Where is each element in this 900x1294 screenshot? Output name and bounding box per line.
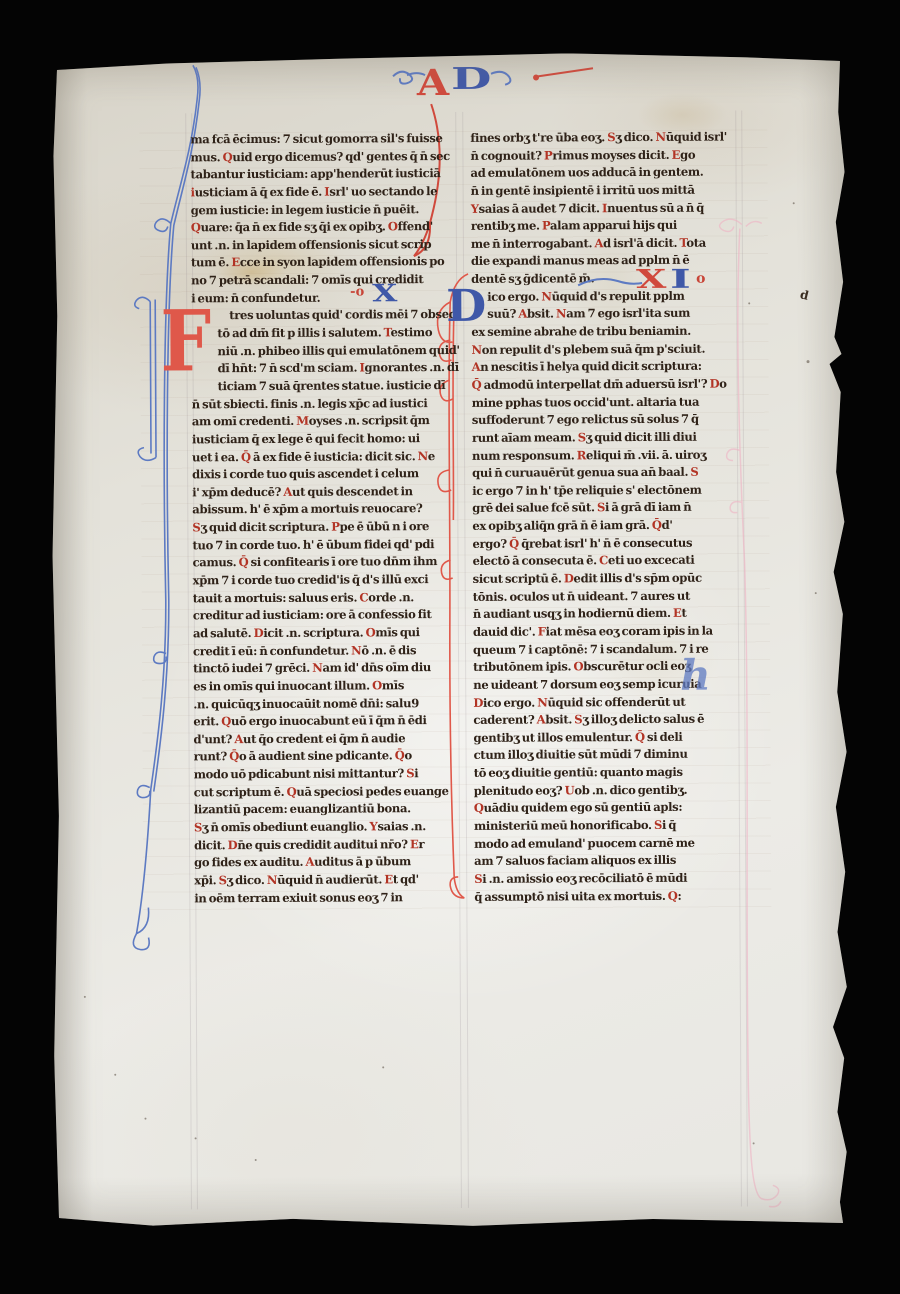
text-line: ctum illoʒ diuitie sūt mūdi 7 diminu	[474, 747, 742, 766]
chapter-x-prefix-mark: -o	[350, 284, 364, 299]
manuscript-leaf: A D	[47, 52, 853, 1236]
text-line: i eum: n̄ confundetur.	[191, 290, 459, 309]
text-line: suū? Absit. Nam 7 ego isrl'ita sum	[471, 306, 739, 325]
text-line: grē dei salue fcē sūt. Si ā grā dī iam n…	[472, 500, 740, 519]
text-line: i' xp̄m deducē? Aut quis descendet in	[192, 484, 460, 503]
initial-f: F	[160, 303, 211, 379]
running-header-letter-a: A	[417, 62, 449, 104]
text-line: n̄ cognouit? Primus moyses dicit. Ego	[470, 147, 738, 166]
text-line: runt? Q̄o ā audient sine pdicante. Q̄o	[194, 748, 462, 767]
text-line: cut scriptum ē. Quā speciosi pedes euang…	[194, 784, 462, 803]
text-line: camus. Q̄ si confitearis ī ore tuo dn̄m …	[193, 554, 461, 573]
text-line: Sʒ quid dicit scriptura. Ppe ē ūbū n i o…	[192, 519, 460, 538]
text-line: gem iusticie: in legem iusticie n̄ puēit…	[191, 202, 459, 221]
chapter-x-numeral: X	[372, 278, 397, 307]
text-line: in oēm terram exiuit sonus eoʒ 7 in	[194, 889, 462, 908]
text-line: dixis i corde tuo quis ascendet i celum	[192, 466, 460, 485]
text-line: ic ergo 7 in h' tp̄e reliquie s' electōn…	[472, 482, 740, 501]
text-line: sicut scriptū ē. Dedit illis d's sp̄m op…	[473, 570, 741, 589]
text-line: An nescitis ī helya quid dicit scriptura…	[472, 359, 740, 378]
text-line: xp̄m 7 i corde tuo credid'is q̄ d's illū…	[193, 572, 461, 591]
text-line: xp̄i. Sʒ dico. Nūquid n̄ audierūt. Et qd…	[194, 872, 462, 891]
initial-d: D	[446, 286, 486, 328]
text-line: die expandi manus meas ad pplm n̄ ē	[471, 253, 739, 272]
text-line: plenitudo eoʒ? Uob .n. dico gentibʒ.	[474, 782, 742, 801]
text-line: rentibʒ me. Palam apparui hijs qui	[471, 218, 739, 237]
text-line: qui n̄ curuauērūt genua sua an̄ baal. S	[472, 465, 740, 484]
text-line: ad salutē. Dicit .n. scriptura. Omīs qui	[193, 625, 461, 644]
text-line: caderent? Absit. Sʒ illoʒ delicto salus …	[473, 712, 741, 731]
text-line: am 7 saluos faciam aliquos ex illis	[474, 853, 742, 872]
text-line: am omī credenti. Moyses .n. scripsit q̄m	[192, 413, 460, 432]
text-line: n̄ in gentē insipientē i irritū uos mitt…	[471, 182, 739, 201]
running-header-letter-d: D	[451, 62, 492, 97]
text-line: tauit a mortuis: saluus eris. Corde .n.	[193, 590, 461, 609]
text-line: no 7 petrā scandali: 7 omīs qui credidit	[191, 272, 459, 291]
text-line: Non repulit d's plebem suā q̄m p'sciuit.	[471, 341, 739, 360]
text-line: Sʒ n̄ omīs obediunt euanglio. Ysaias .n.	[194, 819, 462, 838]
text-line: .n. quicūqʒ inuocaūit nomē dn̄i: salu9	[193, 695, 461, 714]
text-line: mine pphas tuos occid'unt. altaria tua	[472, 394, 740, 413]
text-line: tō ad dm̄ fit p illis i salutem. Testimo	[191, 325, 459, 344]
text-line: erit. Quō ergo inuocabunt eū ī q̄m n̄ ēd…	[193, 713, 461, 732]
text-line: ma fcā ēcimus: 7 sicut gomorra sil's fui…	[190, 131, 458, 150]
text-line: electō ā consecuta ē. Ceti uo excecati	[473, 553, 741, 572]
text-line: n̄ sūt sbiecti. finis .n. legis xp̄c ad …	[192, 396, 460, 415]
text-line: n̄ audiant usqʒ in hodiernū diem. Et	[473, 606, 741, 625]
text-line: ticiam 7 suā q̄rentes statue. iusticie d…	[192, 378, 460, 397]
text-line: es in omīs qui inuocant illum. Omīs	[193, 678, 461, 697]
text-line: gentibʒ ut illos emulentur. Q̄ si deli	[473, 729, 741, 748]
text-line: tum ē. Ecce in syon lapidem offensionis …	[191, 254, 459, 273]
text-line: tuo 7 in corde tuo. h' ē ūbum fidei qd' …	[192, 537, 460, 556]
text-line: modo uō pdicabunt nisi mittantur? Si	[194, 766, 462, 785]
text-line: Si .n. amissio eoʒ recōciliatō ē mūdi	[474, 870, 742, 889]
text-line: dauid dic'. Fiat mēsa eoʒ coram ipis in …	[473, 623, 741, 642]
text-line: runt aīam meam. Sʒ quid dicit illi diui	[472, 429, 740, 448]
text-line: credit ī eū: n̄ confundetur. Nō .n. ē di…	[193, 643, 461, 662]
text-line: tō eoʒ diuitie gentiū: quanto magis	[474, 765, 742, 784]
text-line: num responsum. Reliqui m̄ .vii. ā. uiroʒ	[472, 447, 740, 466]
text-line: tabantur iusticiam: app'henderūt iustici…	[191, 166, 459, 185]
text-line: niū .n. phibeo illis qui emulatōnem quid…	[191, 343, 459, 362]
text-line: Quare: q̄a n̄ ex fide sʒ q̄i ex opibʒ. O…	[191, 219, 459, 238]
text-line: iusticiam q̄ ex lege ē qui fecit homo: u…	[192, 431, 460, 450]
text-line: modo ad emuland' puocem carnē me	[474, 835, 742, 854]
text-line: q̄ assumptō nisi uita ex mortuis. Q:	[474, 888, 742, 907]
text-line: d'unt? Aut q̄o credent ei q̄m n̄ audie	[193, 731, 461, 750]
text-line: uet i ea. Q̄ ā ex fide ē iusticia: dicit…	[192, 448, 460, 467]
text-column-left: ma fcā ēcimus: 7 sicut gomorra sil's fui…	[190, 131, 462, 909]
text-line: Quādiu quidem ego sū gentiū apls:	[474, 800, 742, 819]
text-column-right: fines orbʒ t're ūba eoʒ. Sʒ dico. Nūquid…	[470, 129, 742, 907]
text-line: dī hn̄t: 7 n̄ scd'm sciam. Ignorantes .n…	[192, 360, 460, 379]
text-line: ex semine abrahe de tribu beniamin.	[471, 324, 739, 343]
text-line: Ysaias ā audet 7 dicit. Inuentus sū a n̄…	[471, 200, 739, 219]
chapter-xi-numeral-x: X	[636, 265, 666, 295]
text-line: tres uoluntas quid' cordis mēi 7 obsecō	[191, 307, 459, 326]
text-line: Q̄ admodū interpellat dm̄ aduersū isrl'?…	[472, 376, 740, 395]
quire-mark-h: h	[680, 651, 711, 700]
text-line: go fides ex auditu. Auditus ā p ūbum	[194, 854, 462, 873]
text-line: tōnis. oculos ut n̄ uideant. 7 aures ut	[473, 588, 741, 607]
text-line: fines orbʒ t're ūba eoʒ. Sʒ dico. Nūquid…	[470, 129, 738, 148]
text-line: lizantiū pacem: euanglizantiū bona.	[194, 801, 462, 820]
text-line: ergo? Q̄ q̄rebat isrl' h' n̄ ē consecutu…	[472, 535, 740, 554]
text-line: me n̄ interrogabant. Ad isrl'ā dicit. To…	[471, 235, 739, 254]
chapter-xi-numeral-i: I	[670, 265, 691, 295]
photograph-stage: A D	[0, 0, 900, 1294]
edge-mark-d: d	[799, 287, 810, 303]
text-line: iusticiam ā q̄ ex fide ē. Isrl' uo secta…	[191, 184, 459, 203]
text-line: ad emulatōnem uos adducā in gentem.	[470, 165, 738, 184]
text-line: creditur ad iusticiam: ore ā confessio f…	[193, 607, 461, 626]
text-line: dicit. Dn̄e quis credidit auditui nr̄o? …	[194, 837, 462, 856]
text-line: ministeriū meū honorificabo. Si q̄	[474, 817, 742, 836]
text-line: suffoderunt 7 ego relictus sū solus 7 q̄	[472, 412, 740, 431]
text-line: unt .n. in lapidem offensionis sicut scr…	[191, 237, 459, 256]
text-line: abissum. h' ē xp̄m a mortuis reuocare?	[192, 501, 460, 520]
chapter-xi-suffix-mark: o	[696, 271, 705, 287]
text-line: tinctō iudei 7 grēci. Nam id' dn̄s oīm d…	[193, 660, 461, 679]
text-line: ex opibʒ aliq̄n grā n̄ ē iam grā. Q̄d'	[472, 518, 740, 537]
text-line: mus. Quid ergo dicemus? qd' gentes q̄ n̄…	[190, 149, 458, 168]
